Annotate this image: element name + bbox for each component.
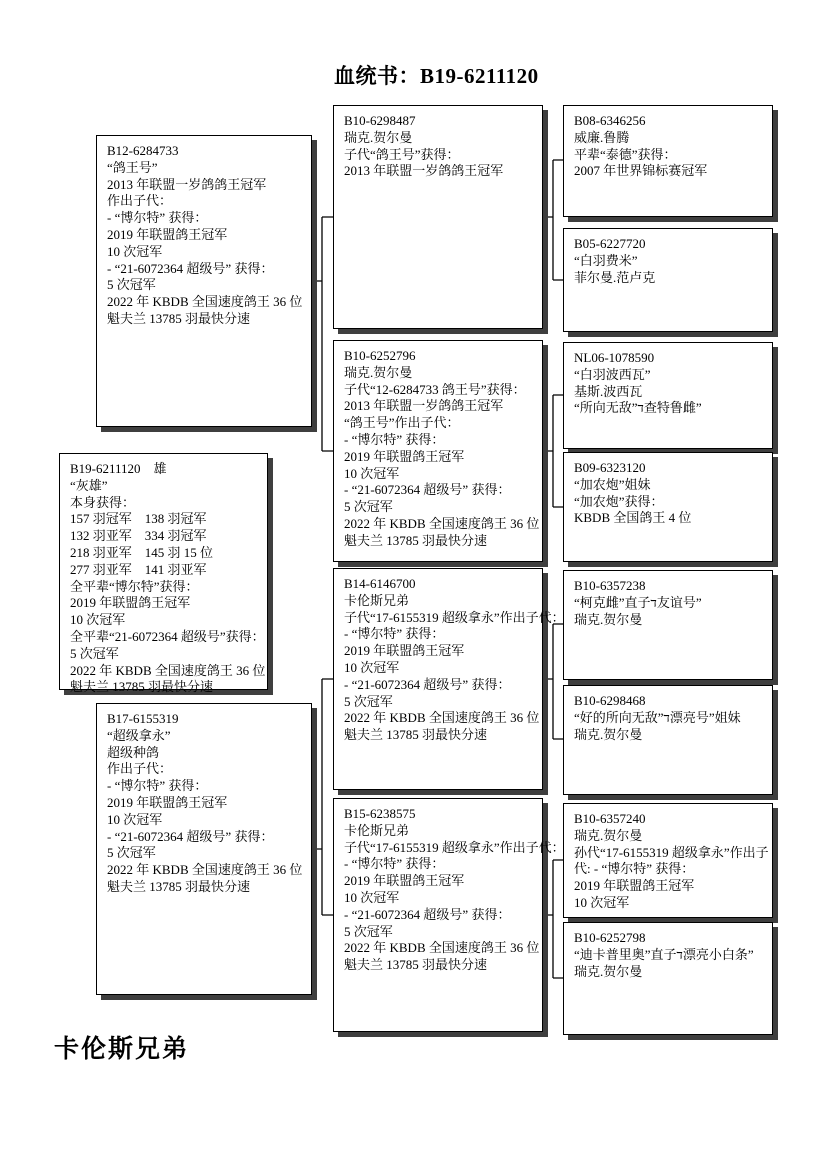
text-line: B10-6252796 <box>344 348 539 365</box>
text-line: 2007 年世界锦标赛冠军 <box>574 163 769 180</box>
text-line: 卡伦斯兄弟 <box>344 823 539 840</box>
text-line: “好的所向无敌”ד漂亮号”姐妹 <box>574 710 769 727</box>
text-line: - “21-6072364 超级号” 获得： <box>107 261 308 278</box>
text-line: “白羽费米” <box>574 253 769 270</box>
text-line: 魁夫兰 13785 羽最快分速 <box>107 311 308 328</box>
text-line: 5 次冠军 <box>344 694 539 711</box>
text-line: “鸽王号” <box>107 160 308 177</box>
text-line: 瑞克.贺尔曼 <box>574 727 769 744</box>
text-line: 10 次冠军 <box>574 895 769 912</box>
text-line: B10-6298468 <box>574 693 769 710</box>
text-line: 2022 年 KBDB 全国速度鸽王 36 位 <box>70 663 264 680</box>
pedigree-box-ss-sire: B08-6346256威廉.鲁腾平辈“泰德”获得：2007 年世界锦标赛冠军 <box>563 105 773 217</box>
text-line: - “博尔特” 获得： <box>344 432 539 449</box>
text-line: 子代“17-6155319 超级拿永”作出子代： <box>344 610 539 627</box>
pedigree-box-dam: B17-6155319“超级拿永”超级种鸽作出子代：- “博尔特” 获得：201… <box>96 703 312 995</box>
text-line: 2022 年 KBDB 全国速度鸽王 36 位 <box>344 710 539 727</box>
text-line: KBDB 全国鸽王 4 位 <box>574 510 769 527</box>
text-line: 5 次冠军 <box>107 845 308 862</box>
connector-siresire-parents <box>543 160 563 280</box>
text-line: - “21-6072364 超级号” 获得： <box>344 907 539 924</box>
text-line: B15-6238575 <box>344 806 539 823</box>
text-line: 全平辈“21-6072364 超级号”获得： <box>70 629 264 646</box>
connector-damdam-parents <box>543 860 563 978</box>
text-line: 2019 年联盟鸽王冠军 <box>107 795 308 812</box>
text-line: 2019 年联盟鸽王冠军 <box>107 227 308 244</box>
pedigree-box-sire-sire: B10-6298487瑞克.贺尔曼子代“鸽王号”获得：2013 年联盟一岁鸽鸽王… <box>333 105 543 329</box>
text-line: - “博尔特” 获得： <box>344 856 539 873</box>
text-line: 子代“17-6155319 超级拿永”作出子代： <box>344 840 539 857</box>
text-line: 瑞克.贺尔曼 <box>344 365 539 382</box>
pedigree-box-sd-sire: NL06-1078590“白羽波西瓦”基斯.波西瓦“所向无敌”ד查特鲁雌” <box>563 342 773 449</box>
text-line: 5 次冠军 <box>70 646 264 663</box>
pedigree-box-sd-dam: B09-6323120“加农炮”姐妹“加农炮”获得：KBDB 全国鸽王 4 位 <box>563 452 773 562</box>
text-line: 2019 年联盟鸽王冠军 <box>344 643 539 660</box>
text-line: 2013 年联盟一岁鸽鸽王冠军 <box>344 163 539 180</box>
text-line: 218 羽亚军 145 羽 15 位 <box>70 545 264 562</box>
text-line: 10 次冠军 <box>107 244 308 261</box>
text-line: 超级种鸽 <box>107 745 308 762</box>
text-line: - “21-6072364 超级号” 获得： <box>344 482 539 499</box>
text-line: “加农炮”姐妹 <box>574 477 769 494</box>
connector-sire-parents <box>312 217 333 451</box>
text-line: 平辈“泰德”获得： <box>574 147 769 164</box>
pedigree-box-subject: B19-6211120 雄“灰雄”本身获得：157 羽冠军 138 羽冠军132… <box>59 453 268 690</box>
pedigree-document: 血统书：B19-6211120 B12-6284733“鸽王号”2013 年联盟… <box>0 0 820 1159</box>
text-line: 魁夫兰 13785 羽最快分速 <box>344 533 539 550</box>
text-line: 代: - “博尔特” 获得： <box>574 861 769 878</box>
text-line: B19-6211120 雄 <box>70 461 264 478</box>
text-line: 作出子代： <box>107 193 308 210</box>
text-line: B05-6227720 <box>574 236 769 253</box>
text-line: 157 羽冠军 138 羽冠军 <box>70 511 264 528</box>
text-line: 2022 年 KBDB 全国速度鸽王 36 位 <box>344 516 539 533</box>
text-line: 5 次冠军 <box>344 924 539 941</box>
text-line: - “博尔特” 获得： <box>107 210 308 227</box>
text-line: 2022 年 KBDB 全国速度鸽王 36 位 <box>107 294 308 311</box>
text-line: B10-6357238 <box>574 578 769 595</box>
text-line: 魁夫兰 13785 羽最快分速 <box>344 727 539 744</box>
text-line: 卡伦斯兄弟 <box>344 593 539 610</box>
text-line: 瑞克.贺尔曼 <box>344 130 539 147</box>
text-line: 2013 年联盟一岁鸽鸽王冠军 <box>107 177 308 194</box>
pedigree-box-dd-sire: B10-6357240瑞克.贺尔曼孙代“17-6155319 超级拿永”作出子代… <box>563 803 773 918</box>
pedigree-box-dam-dam: B15-6238575卡伦斯兄弟子代“17-6155319 超级拿永”作出子代：… <box>333 798 543 1032</box>
text-line: 2019 年联盟鸽王冠军 <box>574 878 769 895</box>
text-line: “迪卡普里奥”直子ד漂亮小白条” <box>574 947 769 964</box>
text-line: 10 次冠军 <box>70 612 264 629</box>
text-line: 菲尔曼.范卢克 <box>574 270 769 287</box>
text-line: B09-6323120 <box>574 460 769 477</box>
text-line: “所向无敌”ד查特鲁雌” <box>574 400 769 417</box>
text-line: 魁夫兰 13785 羽最快分速 <box>344 957 539 974</box>
text-line: 2019 年联盟鸽王冠军 <box>70 595 264 612</box>
text-line: 2013 年联盟一岁鸽鸽王冠军 <box>344 398 539 415</box>
breeder-name-label: 卡伦斯兄弟 <box>54 1029 189 1065</box>
text-line: 10 次冠军 <box>107 812 308 829</box>
text-line: 瑞克.贺尔曼 <box>574 828 769 845</box>
text-line: 子代“鸽王号”获得： <box>344 147 539 164</box>
text-line: B17-6155319 <box>107 711 308 728</box>
text-line: 5 次冠军 <box>107 277 308 294</box>
text-line: 5 次冠军 <box>344 499 539 516</box>
text-line: “白羽波西瓦” <box>574 367 769 384</box>
pedigree-box-dd-dam: B10-6252798“迪卡普里奥”直子ד漂亮小白条”瑞克.贺尔曼 <box>563 922 773 1035</box>
text-line: B08-6346256 <box>574 113 769 130</box>
text-line: 瑞克.贺尔曼 <box>574 612 769 629</box>
text-line: - “21-6072364 超级号” 获得： <box>344 677 539 694</box>
text-line: “柯克雌”直子ד友谊号” <box>574 595 769 612</box>
connector-siredam-parents <box>543 395 563 507</box>
text-line: - “21-6072364 超级号” 获得： <box>107 829 308 846</box>
connector-dam-parents <box>312 679 333 915</box>
text-line: 作出子代： <box>107 761 308 778</box>
text-line: 2019 年联盟鸽王冠军 <box>344 873 539 890</box>
connector-damsire-parents <box>543 624 563 739</box>
text-line: 本身获得： <box>70 495 264 512</box>
text-line: 10 次冠军 <box>344 466 539 483</box>
pedigree-box-ds-sire: B10-6357238“柯克雌”直子ד友谊号”瑞克.贺尔曼 <box>563 570 773 680</box>
text-line: B10-6298487 <box>344 113 539 130</box>
text-line: 基斯.波西瓦 <box>574 384 769 401</box>
text-line: 2022 年 KBDB 全国速度鸽王 36 位 <box>344 940 539 957</box>
text-line: 孙代“17-6155319 超级拿永”作出子 <box>574 845 769 862</box>
text-line: “超级拿永” <box>107 728 308 745</box>
pedigree-box-sire: B12-6284733“鸽王号”2013 年联盟一岁鸽鸽王冠军作出子代：- “博… <box>96 135 312 427</box>
text-line: B10-6252798 <box>574 930 769 947</box>
text-line: 魁夫兰 13785 羽最快分速 <box>70 679 264 696</box>
text-line: 子代“12-6284733 鸽王号”获得： <box>344 382 539 399</box>
text-line: 10 次冠军 <box>344 890 539 907</box>
text-line: B10-6357240 <box>574 811 769 828</box>
pedigree-box-ds-dam: B10-6298468“好的所向无敌”ד漂亮号”姐妹瑞克.贺尔曼 <box>563 685 773 795</box>
text-line: 10 次冠军 <box>344 660 539 677</box>
text-line: B14-6146700 <box>344 576 539 593</box>
text-line: 魁夫兰 13785 羽最快分速 <box>107 879 308 896</box>
text-line: 全平辈“博尔特”获得： <box>70 579 264 596</box>
text-line: NL06-1078590 <box>574 350 769 367</box>
text-line: 132 羽亚军 334 羽冠军 <box>70 528 264 545</box>
text-line: “灰雄” <box>70 478 264 495</box>
text-line: 2019 年联盟鸽王冠军 <box>344 449 539 466</box>
text-line: “加农炮”获得： <box>574 494 769 511</box>
text-line: - “博尔特” 获得： <box>344 626 539 643</box>
pedigree-box-sire-dam: B10-6252796瑞克.贺尔曼子代“12-6284733 鸽王号”获得：20… <box>333 340 543 562</box>
pedigree-box-dam-sire: B14-6146700卡伦斯兄弟子代“17-6155319 超级拿永”作出子代：… <box>333 568 543 790</box>
text-line: “鸽王号”作出子代： <box>344 415 539 432</box>
text-line: B12-6284733 <box>107 143 308 160</box>
text-line: - “博尔特” 获得： <box>107 778 308 795</box>
pedigree-box-ss-dam: B05-6227720“白羽费米”菲尔曼.范卢克 <box>563 228 773 332</box>
text-line: 277 羽亚军 141 羽亚军 <box>70 562 264 579</box>
text-line: 瑞克.贺尔曼 <box>574 964 769 981</box>
text-line: 2022 年 KBDB 全国速度鸽王 36 位 <box>107 862 308 879</box>
text-line: 威廉.鲁腾 <box>574 130 769 147</box>
